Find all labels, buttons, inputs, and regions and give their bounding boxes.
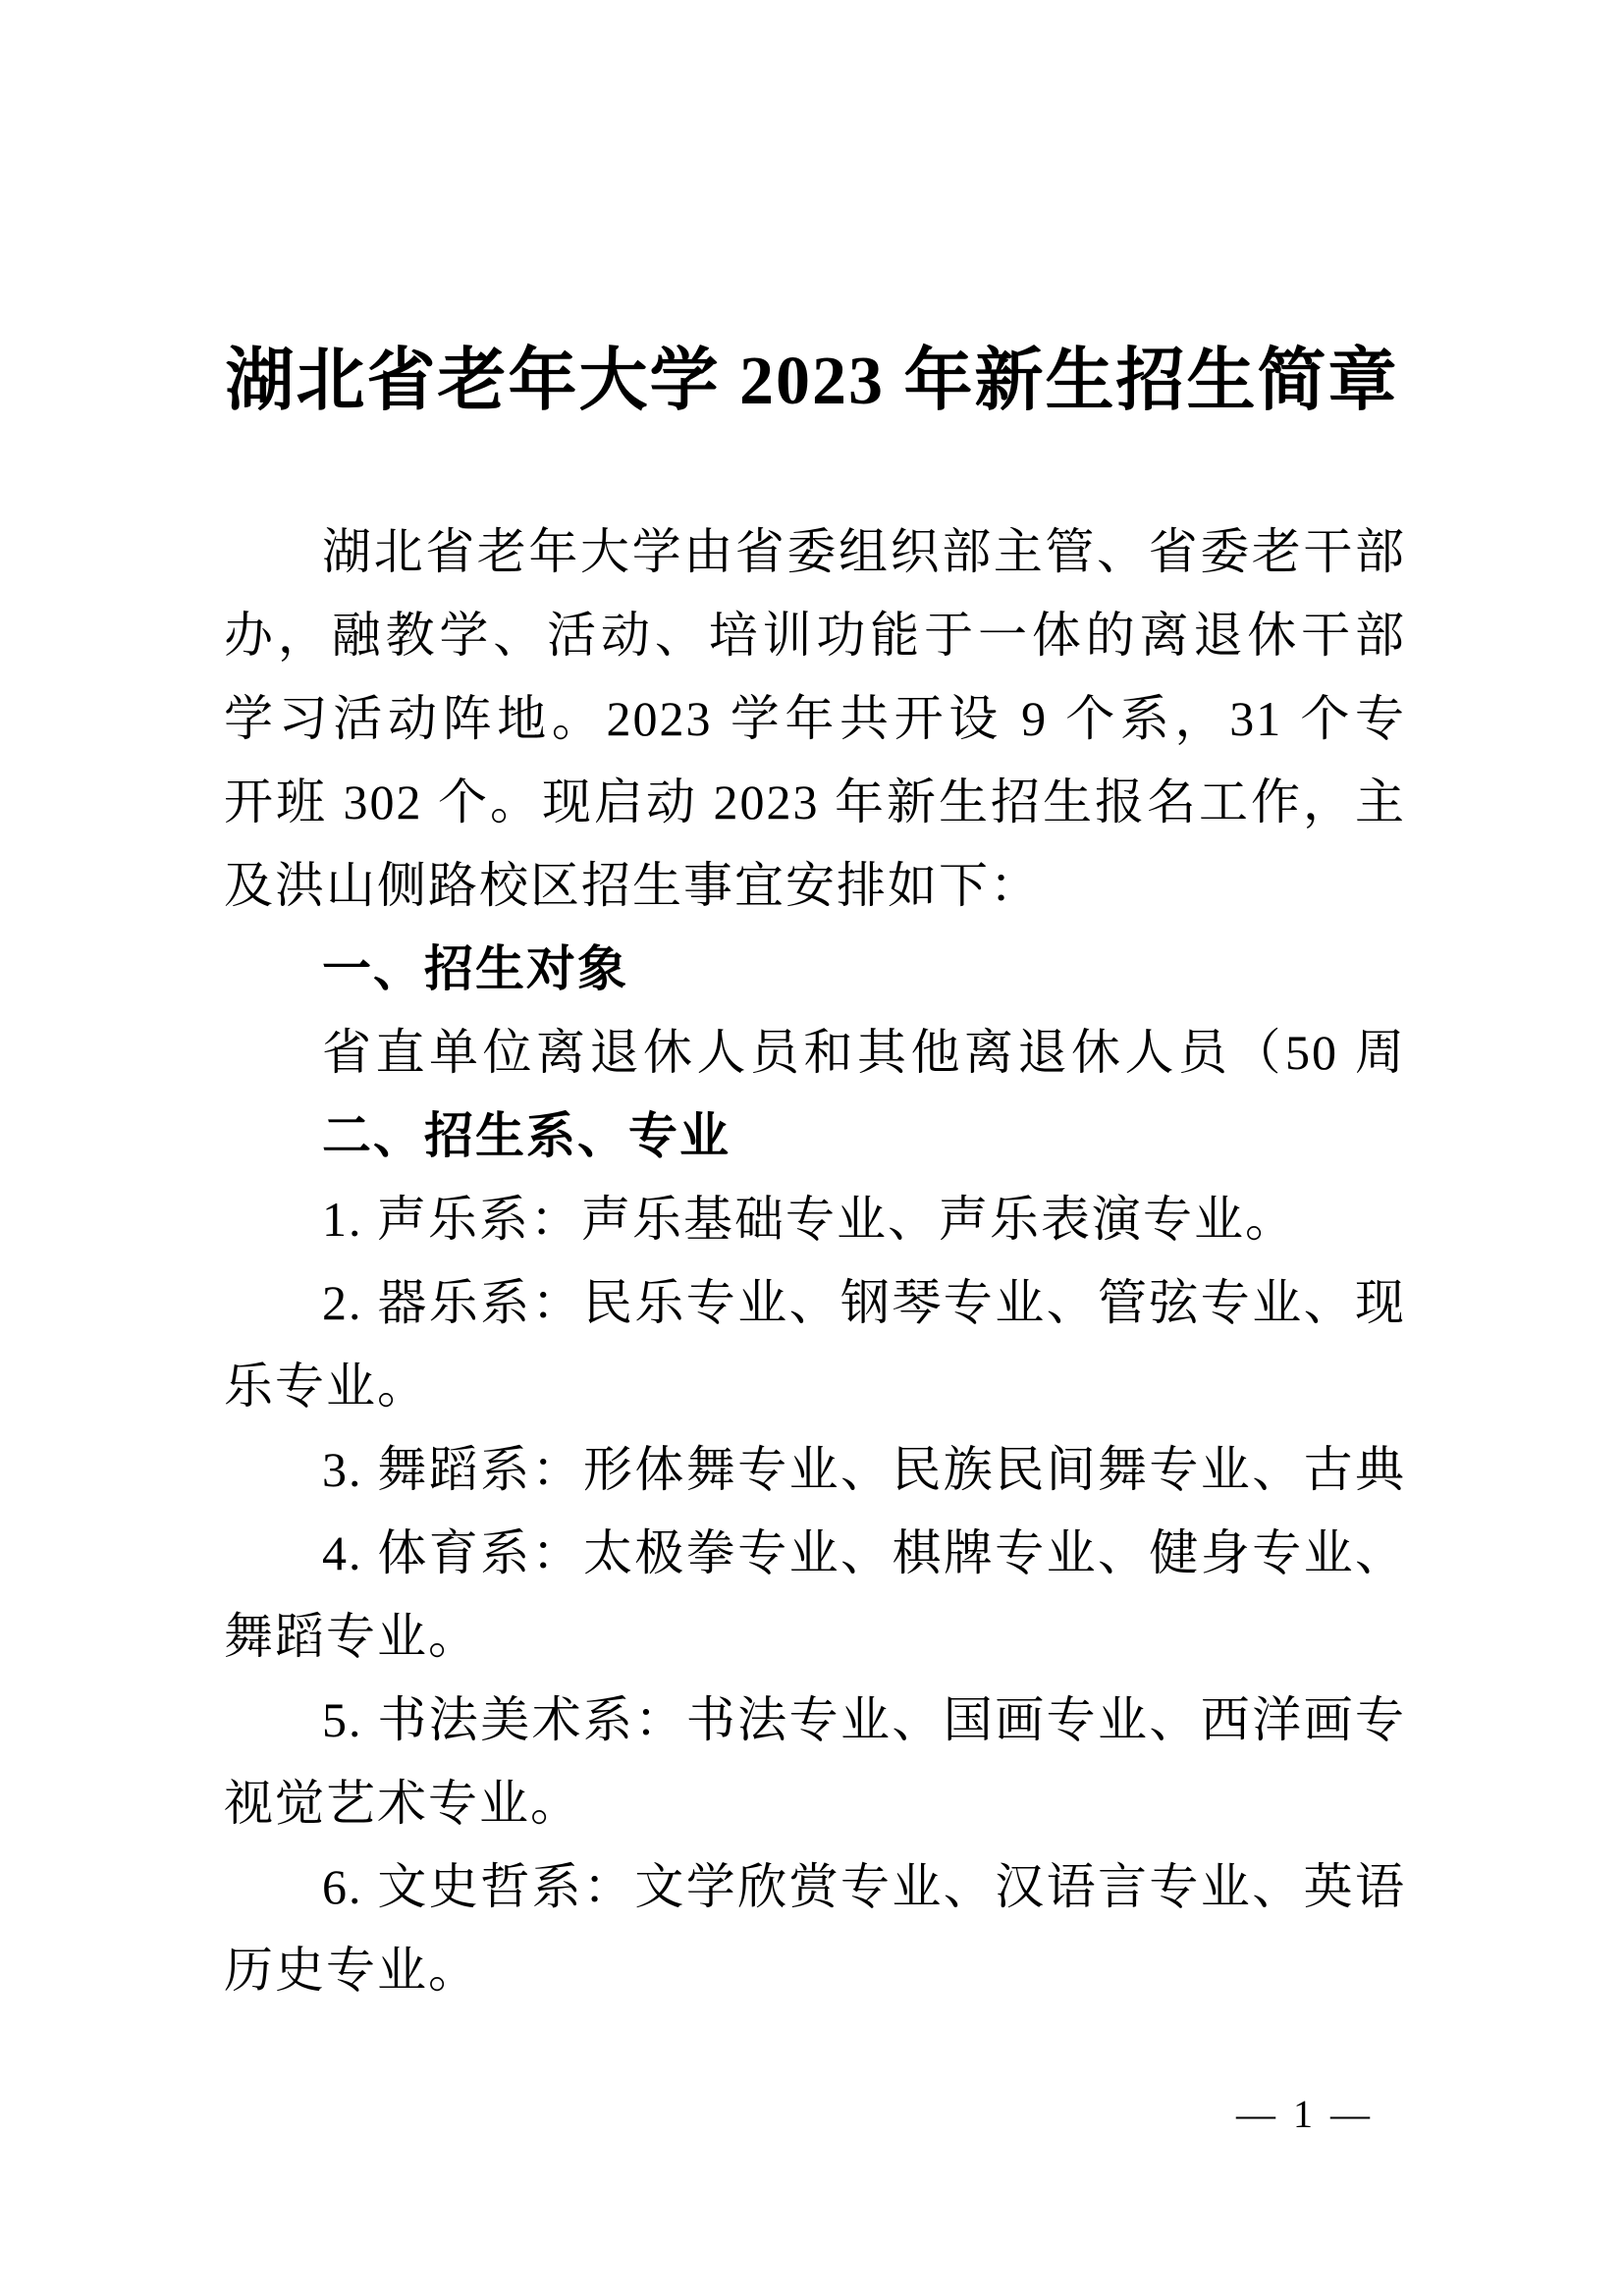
list-item-2-instrumental-line-2: 乐专业。 <box>224 1345 1406 1428</box>
intro-paragraph-line-2: 办，融教学、活动、培训功能于一体的离退休干部（职工） <box>224 594 1406 677</box>
intro-paragraph-line-1: 湖北省老年大学由省委组织部主管、省委老干部局主 <box>224 510 1406 594</box>
intro-paragraph-line-5: 及洪山侧路校区招生事宜安排如下： <box>224 844 1406 928</box>
list-item-6-humanities-line-1: 6. 文史哲系：文学欣赏专业、汉语言专业、英语专业、 <box>224 1845 1406 1929</box>
intro-paragraph-line-4: 开班 302 个。现启动 2023 年新生招生报名工作，主校区 <box>224 761 1406 844</box>
list-item-4-sports-line-1: 4. 体育系：太极拳专业、棋牌专业、健身专业、体育 <box>224 1512 1406 1595</box>
section-2-heading: 二、招生系、专业 <box>224 1095 1406 1178</box>
list-item-3-dance: 3. 舞蹈系：形体舞专业、民族民间舞专业、古典舞专业。 <box>224 1428 1406 1512</box>
list-item-6-humanities-line-2: 历史专业。 <box>224 1929 1406 2012</box>
document-body: 湖北省老年大学由省委组织部主管、省委老干部局主 办，融教学、活动、培训功能于一体… <box>224 510 1406 2012</box>
list-item-5-calligraphy-line-2: 视觉艺术专业。 <box>224 1762 1406 1845</box>
document-page: 湖北省老年大学 2023 年新生招生简章 湖北省老年大学由省委组织部主管、省委老… <box>0 0 1624 2296</box>
list-item-2-instrumental-line-1: 2. 器乐系：民乐专业、钢琴专业、管弦专业、现代器 <box>224 1261 1406 1345</box>
intro-paragraph-line-3: 学习活动阵地。2023 学年共开设 9 个系，31 个专业，新 <box>224 677 1406 761</box>
page-title: 湖北省老年大学 2023 年新生招生简章 <box>0 337 1624 426</box>
list-item-1-vocal-music: 1. 声乐系：声乐基础专业、声乐表演专业。 <box>224 1178 1406 1261</box>
page-number: — 1 — <box>1236 2093 1374 2136</box>
list-item-5-calligraphy-line-1: 5. 书法美术系：书法专业、国画专业、西洋画专业、 <box>224 1679 1406 1762</box>
list-item-4-sports-line-2: 舞蹈专业。 <box>224 1595 1406 1679</box>
section-1-heading: 一、招生对象 <box>224 928 1406 1011</box>
list-item-6-text: 6. 文史哲系：文学欣赏专业、汉语言专业、英语专业 <box>322 1859 1406 1929</box>
section-1-paragraph-line: 省直单位离退休人员和其他离退休人员（50 周岁以上）。 <box>224 1011 1406 1095</box>
